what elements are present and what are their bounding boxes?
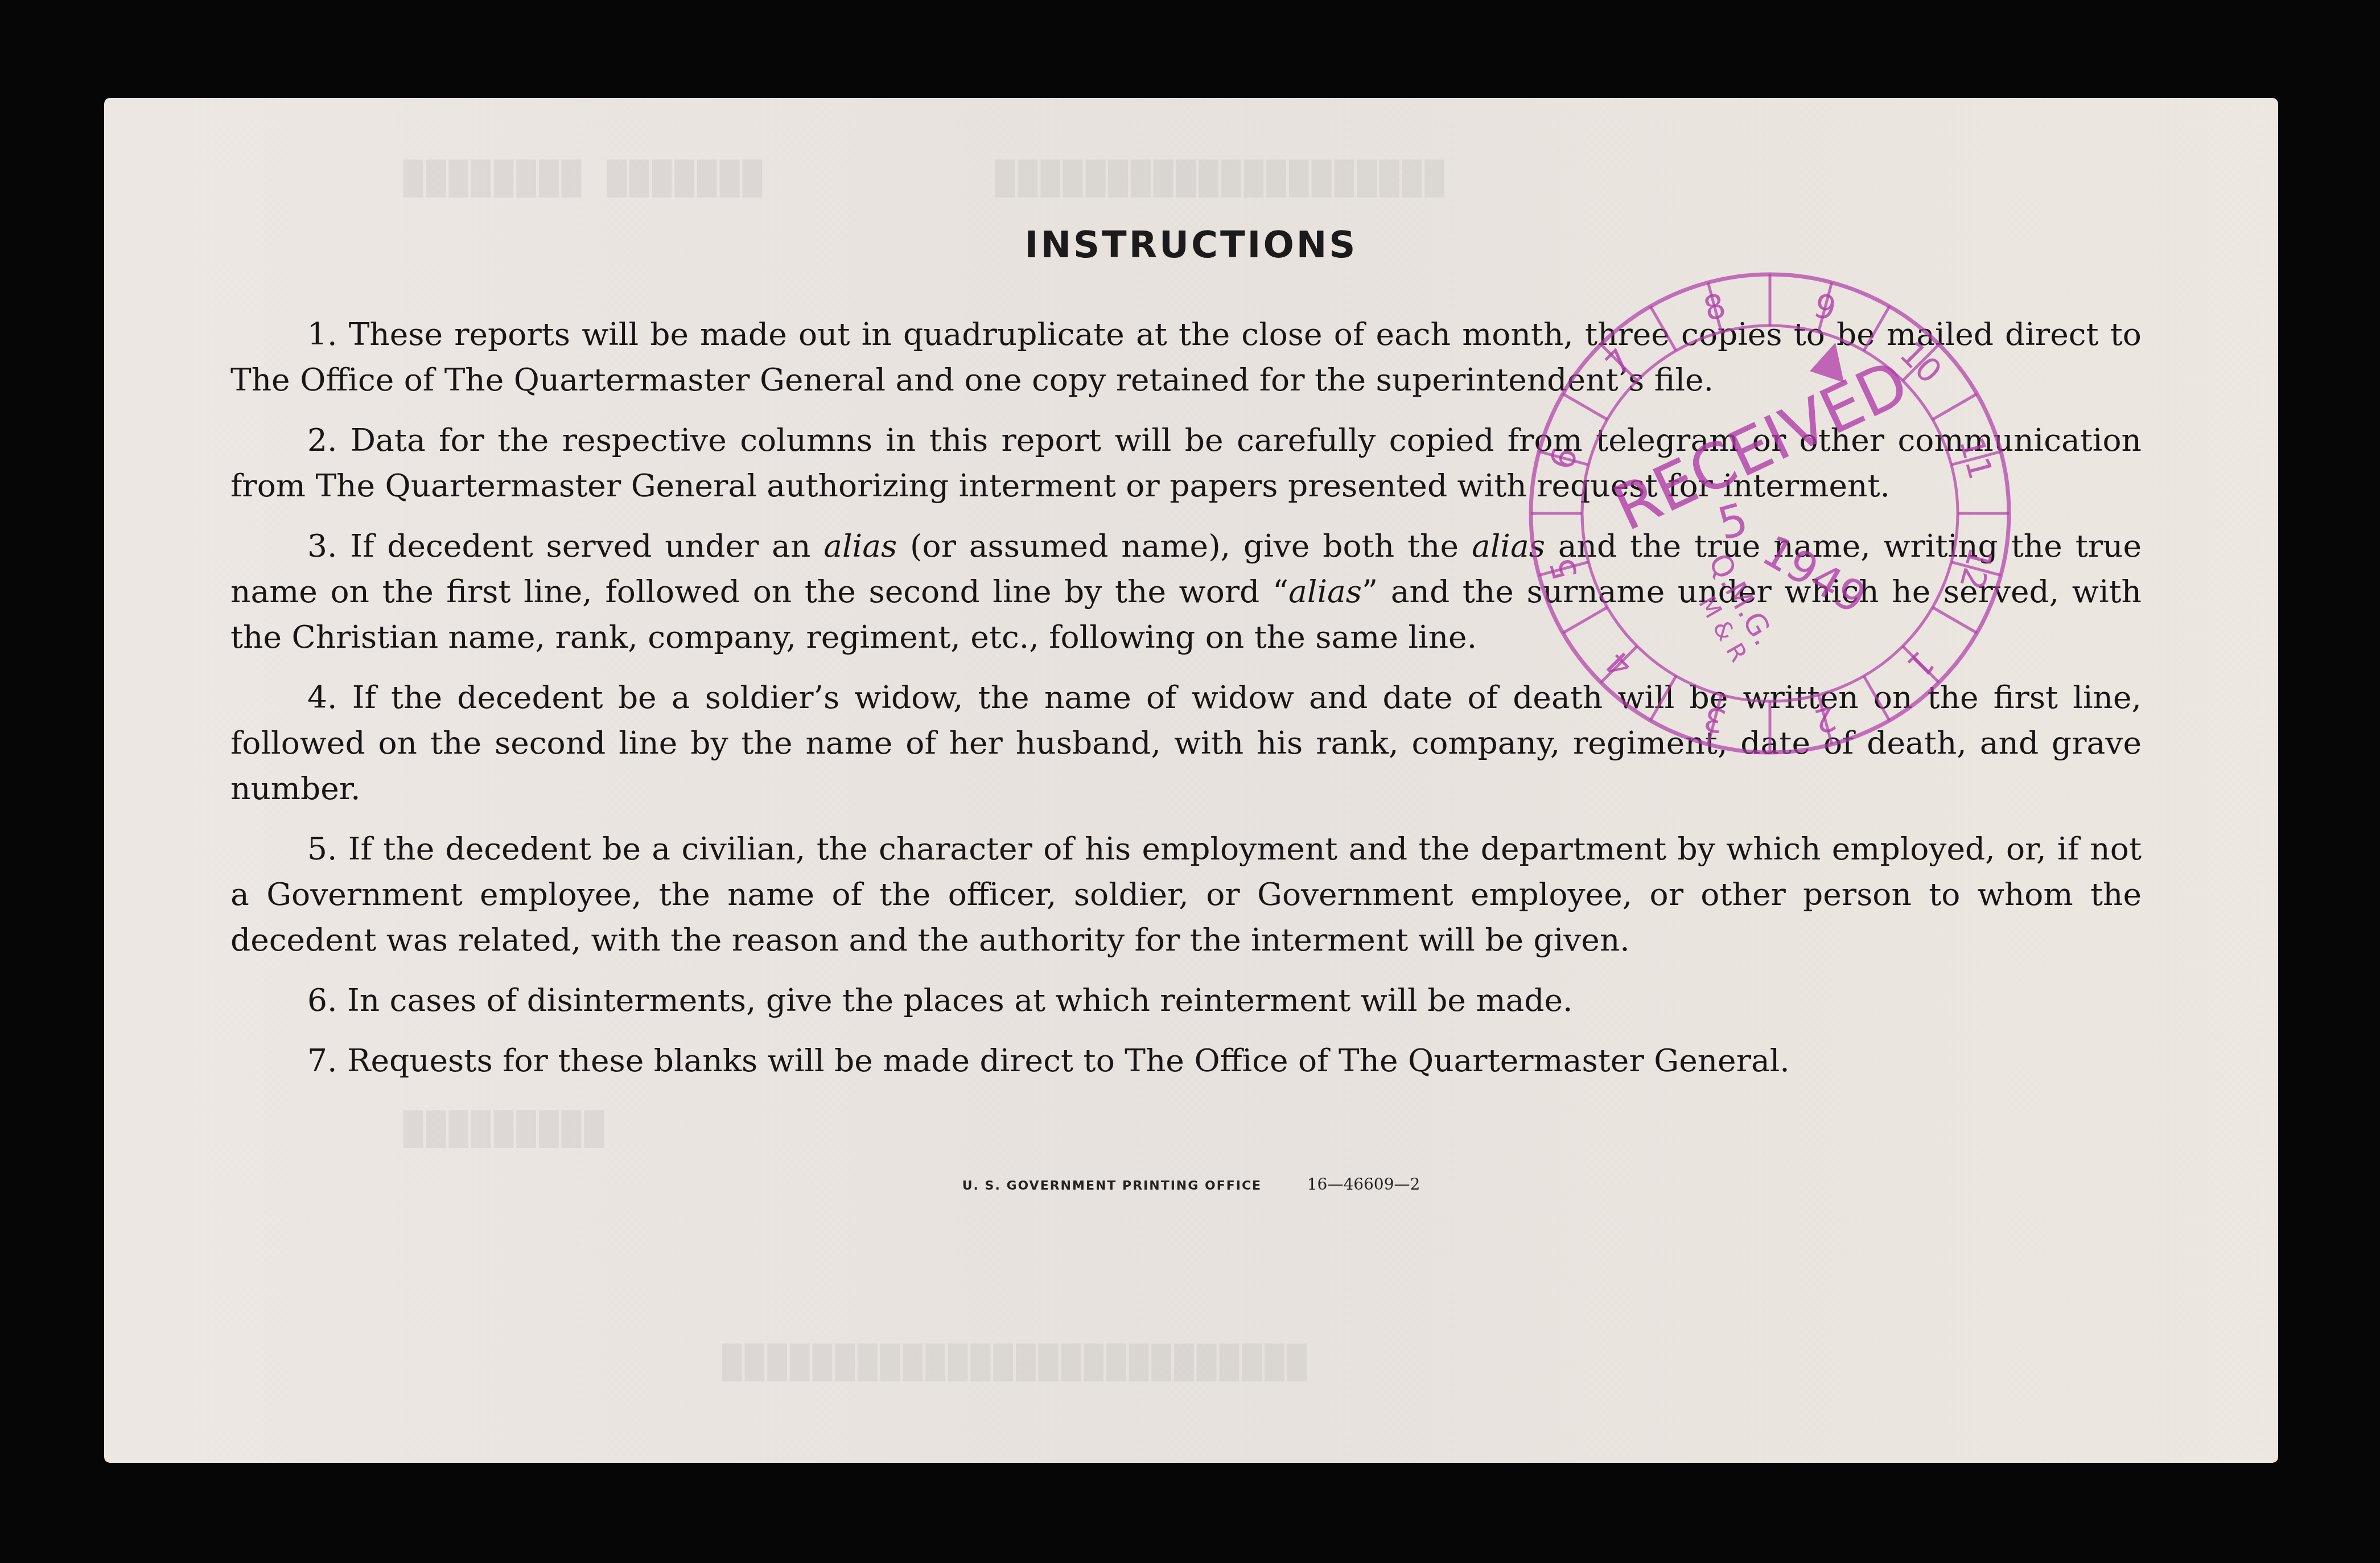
instruction-number: 1.: [307, 316, 349, 352]
show-through-text: █████████: [400, 1111, 603, 1148]
instruction-item: 1. These reports will be made out in qua…: [230, 311, 2142, 402]
instruction-text: Data for the respective columns in this …: [230, 422, 2142, 504]
instruction-item: 4. If the decedent be a soldier’s widow,…: [230, 674, 2142, 811]
show-through-text: ██████████████████████████: [719, 1344, 1307, 1381]
instructions-list: 1. These reports will be made out in qua…: [230, 311, 2142, 1098]
instruction-item: 7. Requests for these blanks will be mad…: [230, 1038, 2142, 1083]
instruction-text: Requests for these blanks will be made d…: [347, 1042, 1790, 1079]
italic-term: alias: [1472, 528, 1545, 564]
instruction-item: 6. In cases of disinterments, give the p…: [230, 977, 2142, 1023]
printer-imprint: U. S. GOVERNMENT PRINTING OFFICE 16—4660…: [104, 1175, 2278, 1194]
instruction-number: 3.: [307, 528, 350, 564]
show-through-text: ████████████████████: [992, 161, 1444, 198]
instruction-item: 5. If the decedent be a civilian, the ch…: [230, 826, 2142, 963]
instruction-text: (or assumed name), give both the: [897, 528, 1472, 564]
form-code: 16—46609—2: [1307, 1175, 1420, 1194]
instruction-number: 6.: [307, 982, 347, 1018]
document-page: ███████ ████████ ████████████████████ ██…: [104, 98, 2278, 1463]
italic-term: alias: [823, 528, 897, 564]
instruction-text: If the decedent be a civilian, the chara…: [230, 830, 2142, 958]
instruction-text: If decedent served under an: [350, 528, 823, 564]
instruction-item: 3. If decedent served under an alias (or…: [230, 523, 2142, 660]
instruction-item: 2. Data for the respective columns in th…: [230, 417, 2142, 508]
printer-name: U. S. GOVERNMENT PRINTING OFFICE: [962, 1179, 1262, 1193]
instruction-text: In cases of disinterments, give the plac…: [347, 982, 1573, 1018]
instruction-text: These reports will be made out in quadru…: [230, 316, 2142, 398]
italic-term: alias: [1288, 573, 1362, 610]
show-through-text: ███████ ████████: [400, 161, 761, 198]
instruction-text: If the decedent be a soldier’s widow, th…: [230, 679, 2142, 807]
instruction-number: 4.: [307, 679, 352, 715]
instruction-number: 5.: [307, 830, 348, 867]
page-title: INSTRUCTIONS: [104, 224, 2278, 266]
instruction-number: 7.: [307, 1042, 347, 1079]
instruction-number: 2.: [307, 422, 351, 458]
